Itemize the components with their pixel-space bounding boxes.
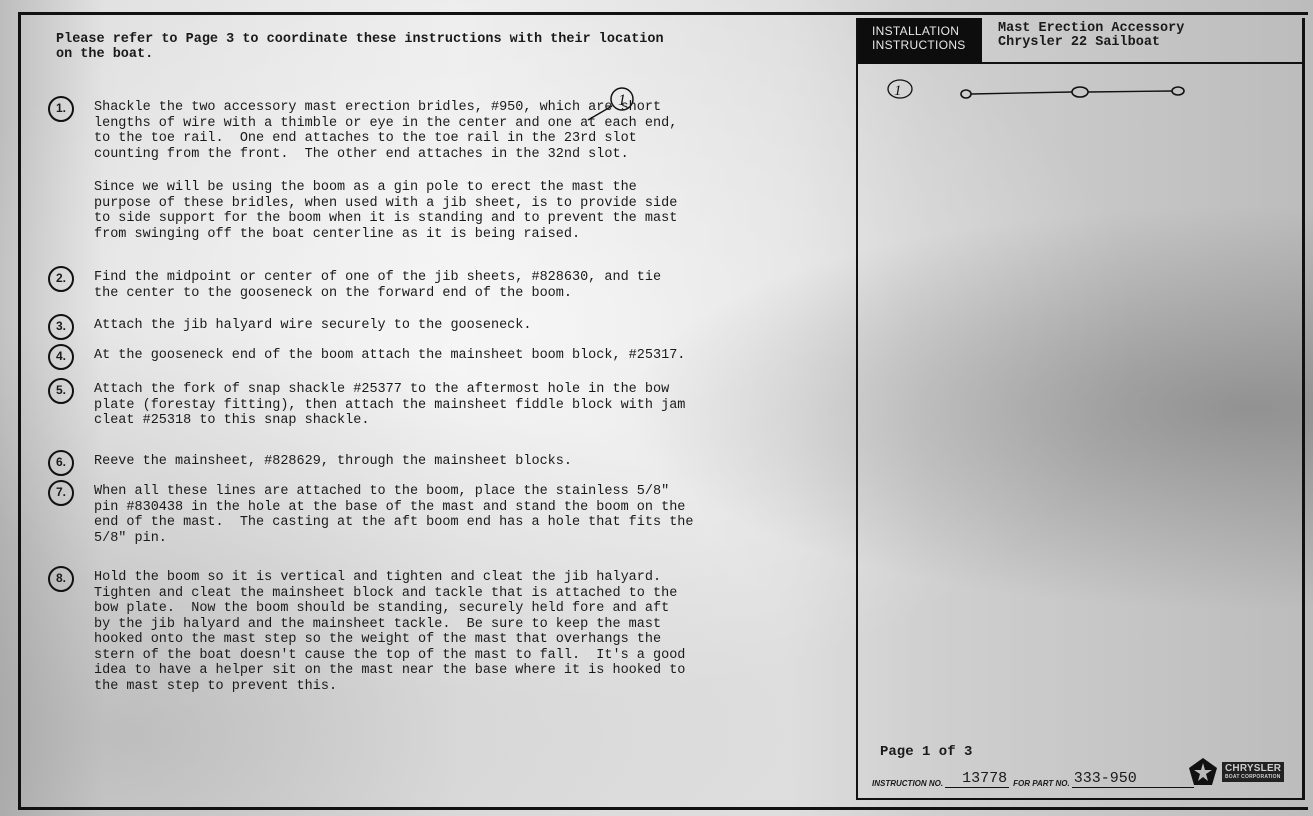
form-numbers: INSTRUCTION NO. 13778 FOR PART NO. 333-9…: [872, 766, 1198, 788]
page-indicator: Page 1 of 3: [880, 744, 972, 760]
step-number-badge: 1.: [48, 96, 74, 122]
step-number-badge: 2.: [48, 266, 74, 292]
form-panel: INSTALLATION INSTRUCTIONS Mast Erection …: [856, 18, 1305, 800]
step-text: Reeve the mainsheet, #828629, through th…: [94, 454, 854, 470]
step-text: Find the midpoint or center of one of th…: [94, 270, 854, 301]
instructions-panel: Please refer to Page 3 to coordinate the…: [22, 18, 854, 808]
step-text: Attach the fork of snap shackle #25377 t…: [94, 382, 854, 429]
part-no-value: 333-950: [1072, 771, 1194, 788]
intro-text: Please refer to Page 3 to coordinate the…: [56, 32, 846, 62]
part-no-label: FOR PART NO.: [1013, 779, 1070, 788]
bridle-wire-icon: 1: [880, 76, 1200, 112]
logo-wordmark: CHRYSLER BOAT CORPORATION: [1222, 762, 1284, 782]
chrysler-logo: CHRYSLER BOAT CORPORATION: [1188, 756, 1300, 788]
instruction-no-value: 13778: [945, 771, 1009, 788]
step-number-badge: 6.: [48, 450, 74, 476]
step-number-badge: 5.: [48, 378, 74, 404]
step-text: Attach the jib halyard wire securely to …: [94, 318, 854, 334]
step-number-badge: 3.: [48, 314, 74, 340]
step-1-note: Since we will be using the boom as a gin…: [94, 180, 854, 242]
instruction-no-label: INSTRUCTION NO.: [872, 779, 943, 788]
document-title: Mast Erection Accessory Chrysler 22 Sail…: [982, 18, 1302, 64]
step-text: Hold the boom so it is vertical and tigh…: [94, 570, 854, 694]
installation-instructions-label: INSTALLATION INSTRUCTIONS: [858, 18, 982, 64]
step-number-badge: 8.: [48, 566, 74, 592]
step-text: At the gooseneck end of the boom attach …: [94, 348, 854, 364]
pentastar-icon: [1188, 757, 1218, 787]
step-number-badge: 7.: [48, 480, 74, 506]
step-text: When all these lines are attached to the…: [94, 484, 854, 546]
svg-text:1: 1: [894, 83, 902, 99]
step-text: Shackle the two accessory mast erection …: [94, 100, 854, 162]
step-number-badge: 4.: [48, 344, 74, 370]
